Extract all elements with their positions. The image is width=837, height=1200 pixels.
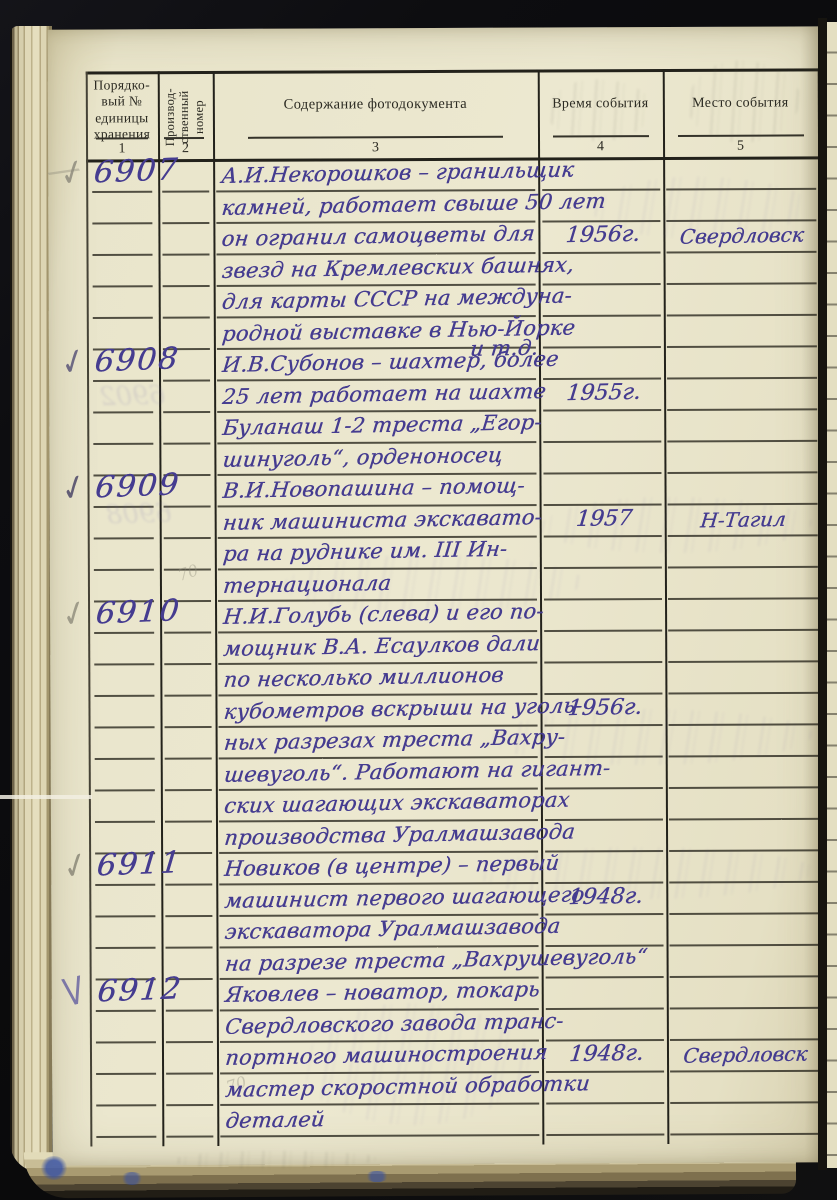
checkmark-entry-6908: ✓ — [57, 337, 90, 385]
book-page-stack-left-edge — [10, 26, 52, 1172]
bleedthrough-smudge-0 — [548, 79, 652, 141]
book-gutter — [818, 18, 827, 1170]
ruled-lines-column-5 — [666, 158, 820, 1136]
time-value: 1955г. — [543, 379, 664, 406]
checkmark-entry-6909: ✓ — [57, 463, 90, 511]
checkmark-entry-6907: ✓ — [56, 148, 89, 196]
time-value: 1956г. — [542, 221, 663, 248]
bleedthrough-smudge-1 — [688, 60, 800, 142]
content-line: деталей — [224, 1107, 326, 1133]
column-header-content: Содержание фотодокумента — [213, 96, 538, 115]
next-page-edge — [827, 22, 837, 1168]
entry-id-6911: 6911 — [95, 846, 163, 884]
place-value: Н-Тагил — [668, 506, 819, 533]
place-value: Свердловск — [666, 222, 817, 249]
table-vertical-border-0 — [86, 72, 92, 1147]
ink-smudge — [40, 1156, 68, 1180]
header-underline-3 — [248, 136, 503, 139]
bleedthrough-number: 6902 — [99, 380, 166, 412]
content-line: шинуголь“, орденоносец — [221, 442, 504, 471]
column-number-3: 3 — [213, 140, 538, 157]
column-header-storage-number: Порядко- вый № единицы хранения — [86, 77, 158, 143]
time-value: 1957 — [544, 505, 665, 532]
entry-id-6909: 6909 — [94, 468, 162, 506]
catalog-sheet: Порядко- вый № единицы хранения Производ… — [48, 26, 827, 1165]
place-value: Свердловск — [670, 1041, 821, 1068]
content-line: мощник В.А. Есаулков дали — [222, 631, 541, 661]
time-value: 1956г. — [545, 694, 666, 721]
checkmark-entry-6910: ✓ — [58, 589, 91, 637]
checkmark-entry-6912: V — [59, 968, 88, 1015]
time-value: 1948г. — [546, 1040, 667, 1067]
header-underline-2 — [164, 137, 204, 139]
header-underline-1 — [96, 137, 148, 139]
scanned-catalog-page: Порядко- вый № единицы хранения Производ… — [0, 0, 837, 1200]
entry-id-6910: 6910 — [94, 594, 162, 632]
entry-id-6912: 6912 — [96, 972, 164, 1010]
entry-id-6908: 6908 — [93, 342, 161, 380]
content-line: тернационала — [222, 570, 392, 597]
checkmark-entry-6911: ✓ — [59, 841, 92, 889]
scan-artifact-line — [0, 795, 92, 799]
time-value: 1948г. — [545, 883, 666, 910]
ink-smudge — [120, 1172, 144, 1185]
entry-id-6907: 6907 — [92, 153, 160, 191]
column-number-4: 4 — [538, 139, 663, 156]
ink-smudge — [364, 1171, 390, 1182]
